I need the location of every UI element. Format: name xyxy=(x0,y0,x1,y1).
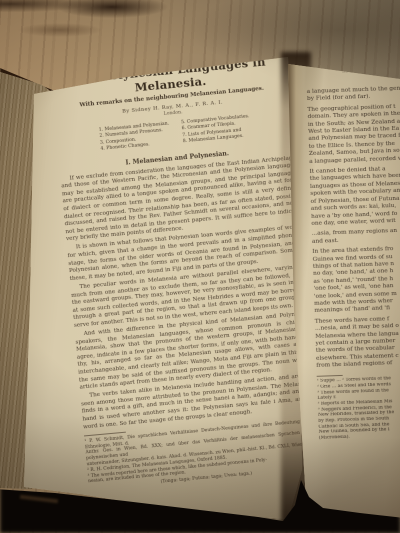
footnote-rule xyxy=(317,375,343,377)
photo-open-book: S. H. Ray, 38 The Polynesian Languages i… xyxy=(0,0,400,533)
footnotes: ¹ Suppe ... ² Torres words of the² Grie … xyxy=(317,374,400,442)
body-paragraphs: If we exclude from consideration the lan… xyxy=(60,155,318,432)
contents-column-left: 1. Melanesian and Polynesian.2. Numerals… xyxy=(99,121,172,153)
right-page-content: 39 a language not much to the geneby Fie… xyxy=(306,65,400,442)
contents-column-right: 5. Comparative Vocabularies.6. Grammar o… xyxy=(181,114,252,146)
right-page-text: a language not much to the geneby Field … xyxy=(307,84,400,371)
